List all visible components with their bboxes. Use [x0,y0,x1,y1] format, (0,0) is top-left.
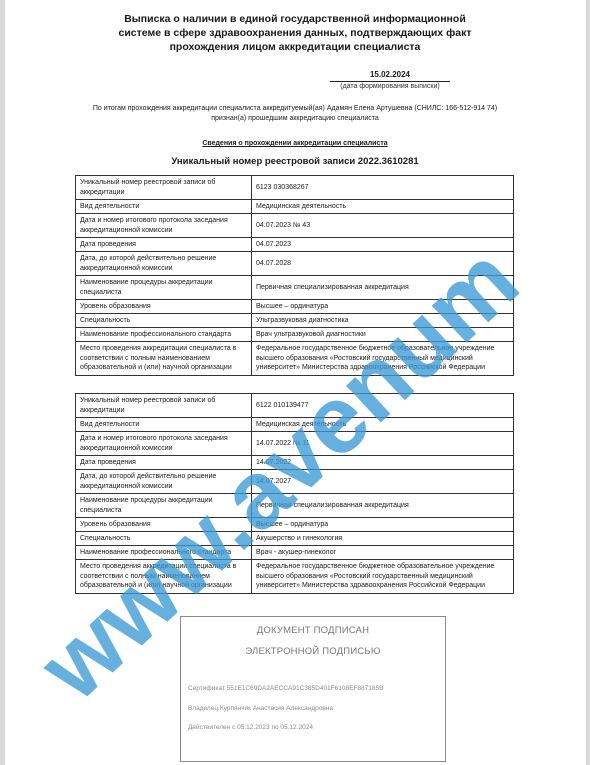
field-value: Врач ультразвуковой диагностики [252,328,514,342]
issue-date: 15.02.2024 [330,70,450,82]
title-line: Выписка о наличии в единой государственн… [0,12,590,26]
field-value: Первичная специализированная аккредитаци… [252,494,514,518]
table-row: Уровень образованияВысшее – ординатура [76,518,514,532]
registry-number-title: Уникальный номер реестровой записи 2022.… [0,156,590,167]
field-label: Дата и номер итогового протокола заседан… [76,214,252,238]
field-value: 6123 030368267 [252,176,514,200]
section-title: Сведения о прохождении аккредитации спец… [0,140,590,147]
issue-date-block: 15.02.2024 (дата формирования выписки) [330,70,450,92]
signature-heading: ДОКУМЕНТ ПОДПИСАН [181,625,445,636]
field-value: Первичная специализированная аккредитаци… [252,276,514,300]
field-value: 14.07.2022 № 11 [252,432,514,456]
table-row: Наименование профессионального стандарта… [76,328,514,342]
field-label: Дата проведения [76,456,252,470]
field-value: 14.07.2027 [252,470,514,494]
signature-heading: ЭЛЕКТРОННОЙ ПОДПИСЬЮ [181,646,445,657]
field-value: 04.07.2028 [252,252,514,276]
table-row: СпециальностьУльтразвуковая диагностика [76,314,514,328]
signature-certificate: Сертификат 551E1C69DA2AECCA91C385D401F61… [188,685,383,692]
field-value: Медицинская деятельность [252,200,514,214]
field-label: Наименование профессионального стандарта [76,328,252,342]
table-row: Наименование профессионального стандарта… [76,546,514,560]
field-label: Дата, до которой действительно решение а… [76,252,252,276]
table-row: Наименование процедуры аккредитации спец… [76,276,514,300]
issue-date-caption: (дата формирования выписки) [330,82,450,92]
field-label: Наименование процедуры аккредитации спец… [76,494,252,518]
signature-owner: Владелец Курпянчик Анастасия Александров… [188,705,333,712]
field-label: Место проведения аккредитации специалист… [76,560,252,594]
field-value: Ультразвуковая диагностика [252,314,514,328]
table-row: Вид деятельностиМедицинская деятельность [76,418,514,432]
table-row: Дата, до которой действительно решение а… [76,252,514,276]
field-label: Место проведения аккредитации специалист… [76,342,252,376]
field-value: Федеральное государственное бюджетное об… [252,560,514,594]
accreditation-record-table: Уникальный номер реестровой записи об ак… [75,393,514,594]
table-row: Дата, до которой действительно решение а… [76,470,514,494]
table-row: Дата и номер итогового протокола заседан… [76,214,514,238]
field-label: Уникальный номер реестровой записи об ак… [76,394,252,418]
field-value: Высшее – ординатура [252,518,514,532]
field-label: Уровень образования [76,300,252,314]
table-row: Дата и номер итогового протокола заседан… [76,432,514,456]
field-value: Федеральное государственное бюджетное об… [252,342,514,376]
intro-line: По итогам прохождения аккредитации специ… [0,104,590,114]
field-value: Акушерство и гинекология [252,532,514,546]
field-value: 04.07.2023 № 43 [252,214,514,238]
field-label: Дата, до которой действительно решение а… [76,470,252,494]
field-label: Наименование процедуры аккредитации спец… [76,276,252,300]
field-label: Уникальный номер реестровой записи об ак… [76,176,252,200]
field-label: Уровень образования [76,518,252,532]
field-label: Специальность [76,314,252,328]
table-row: Уровень образованияВысшее – ординатура [76,300,514,314]
field-value: 04.07.2023 [252,238,514,252]
field-label: Дата проведения [76,238,252,252]
field-label: Вид деятельности [76,418,252,432]
field-label: Дата и номер итогового протокола заседан… [76,432,252,456]
document-title: Выписка о наличии в единой государственн… [0,12,590,54]
table-row: Место проведения аккредитации специалист… [76,342,514,376]
title-line: системе в сфере здравоохранения данных, … [0,26,590,40]
table-row: Уникальный номер реестровой записи об ак… [76,394,514,418]
signature-validity: Действителен с 05.12.2023 по 05.12.2024 [188,724,313,731]
title-line: прохождения лицом аккредитации специалис… [0,40,590,54]
intro-line: признан(а) прошедшим аккредитацию специа… [0,114,590,124]
electronic-signature-stamp: ДОКУМЕНТ ПОДПИСАН ЭЛЕКТРОННОЙ ПОДПИСЬЮ С… [180,616,446,762]
table-row: Дата проведения04.07.2023 [76,238,514,252]
table-row: Место проведения аккредитации специалист… [76,560,514,594]
table-row: Дата проведения14.07.2022 [76,456,514,470]
field-value: 6122 010139477 [252,394,514,418]
field-label: Специальность [76,532,252,546]
field-label: Наименование профессионального стандарта [76,546,252,560]
table-row: Вид деятельностиМедицинская деятельность [76,200,514,214]
table-row: Уникальный номер реестровой записи об ак… [76,176,514,200]
table-row: СпециальностьАкушерство и гинекология [76,532,514,546]
accreditation-record-table: Уникальный номер реестровой записи об ак… [75,175,514,376]
intro-text: По итогам прохождения аккредитации специ… [0,104,590,123]
field-value: Высшее – ординатура [252,300,514,314]
field-value: Медицинская деятельность [252,418,514,432]
field-value: Врач - акушер-гинеколог [252,546,514,560]
field-label: Вид деятельности [76,200,252,214]
table-row: Наименование процедуры аккредитации спец… [76,494,514,518]
field-value: 14.07.2022 [252,456,514,470]
